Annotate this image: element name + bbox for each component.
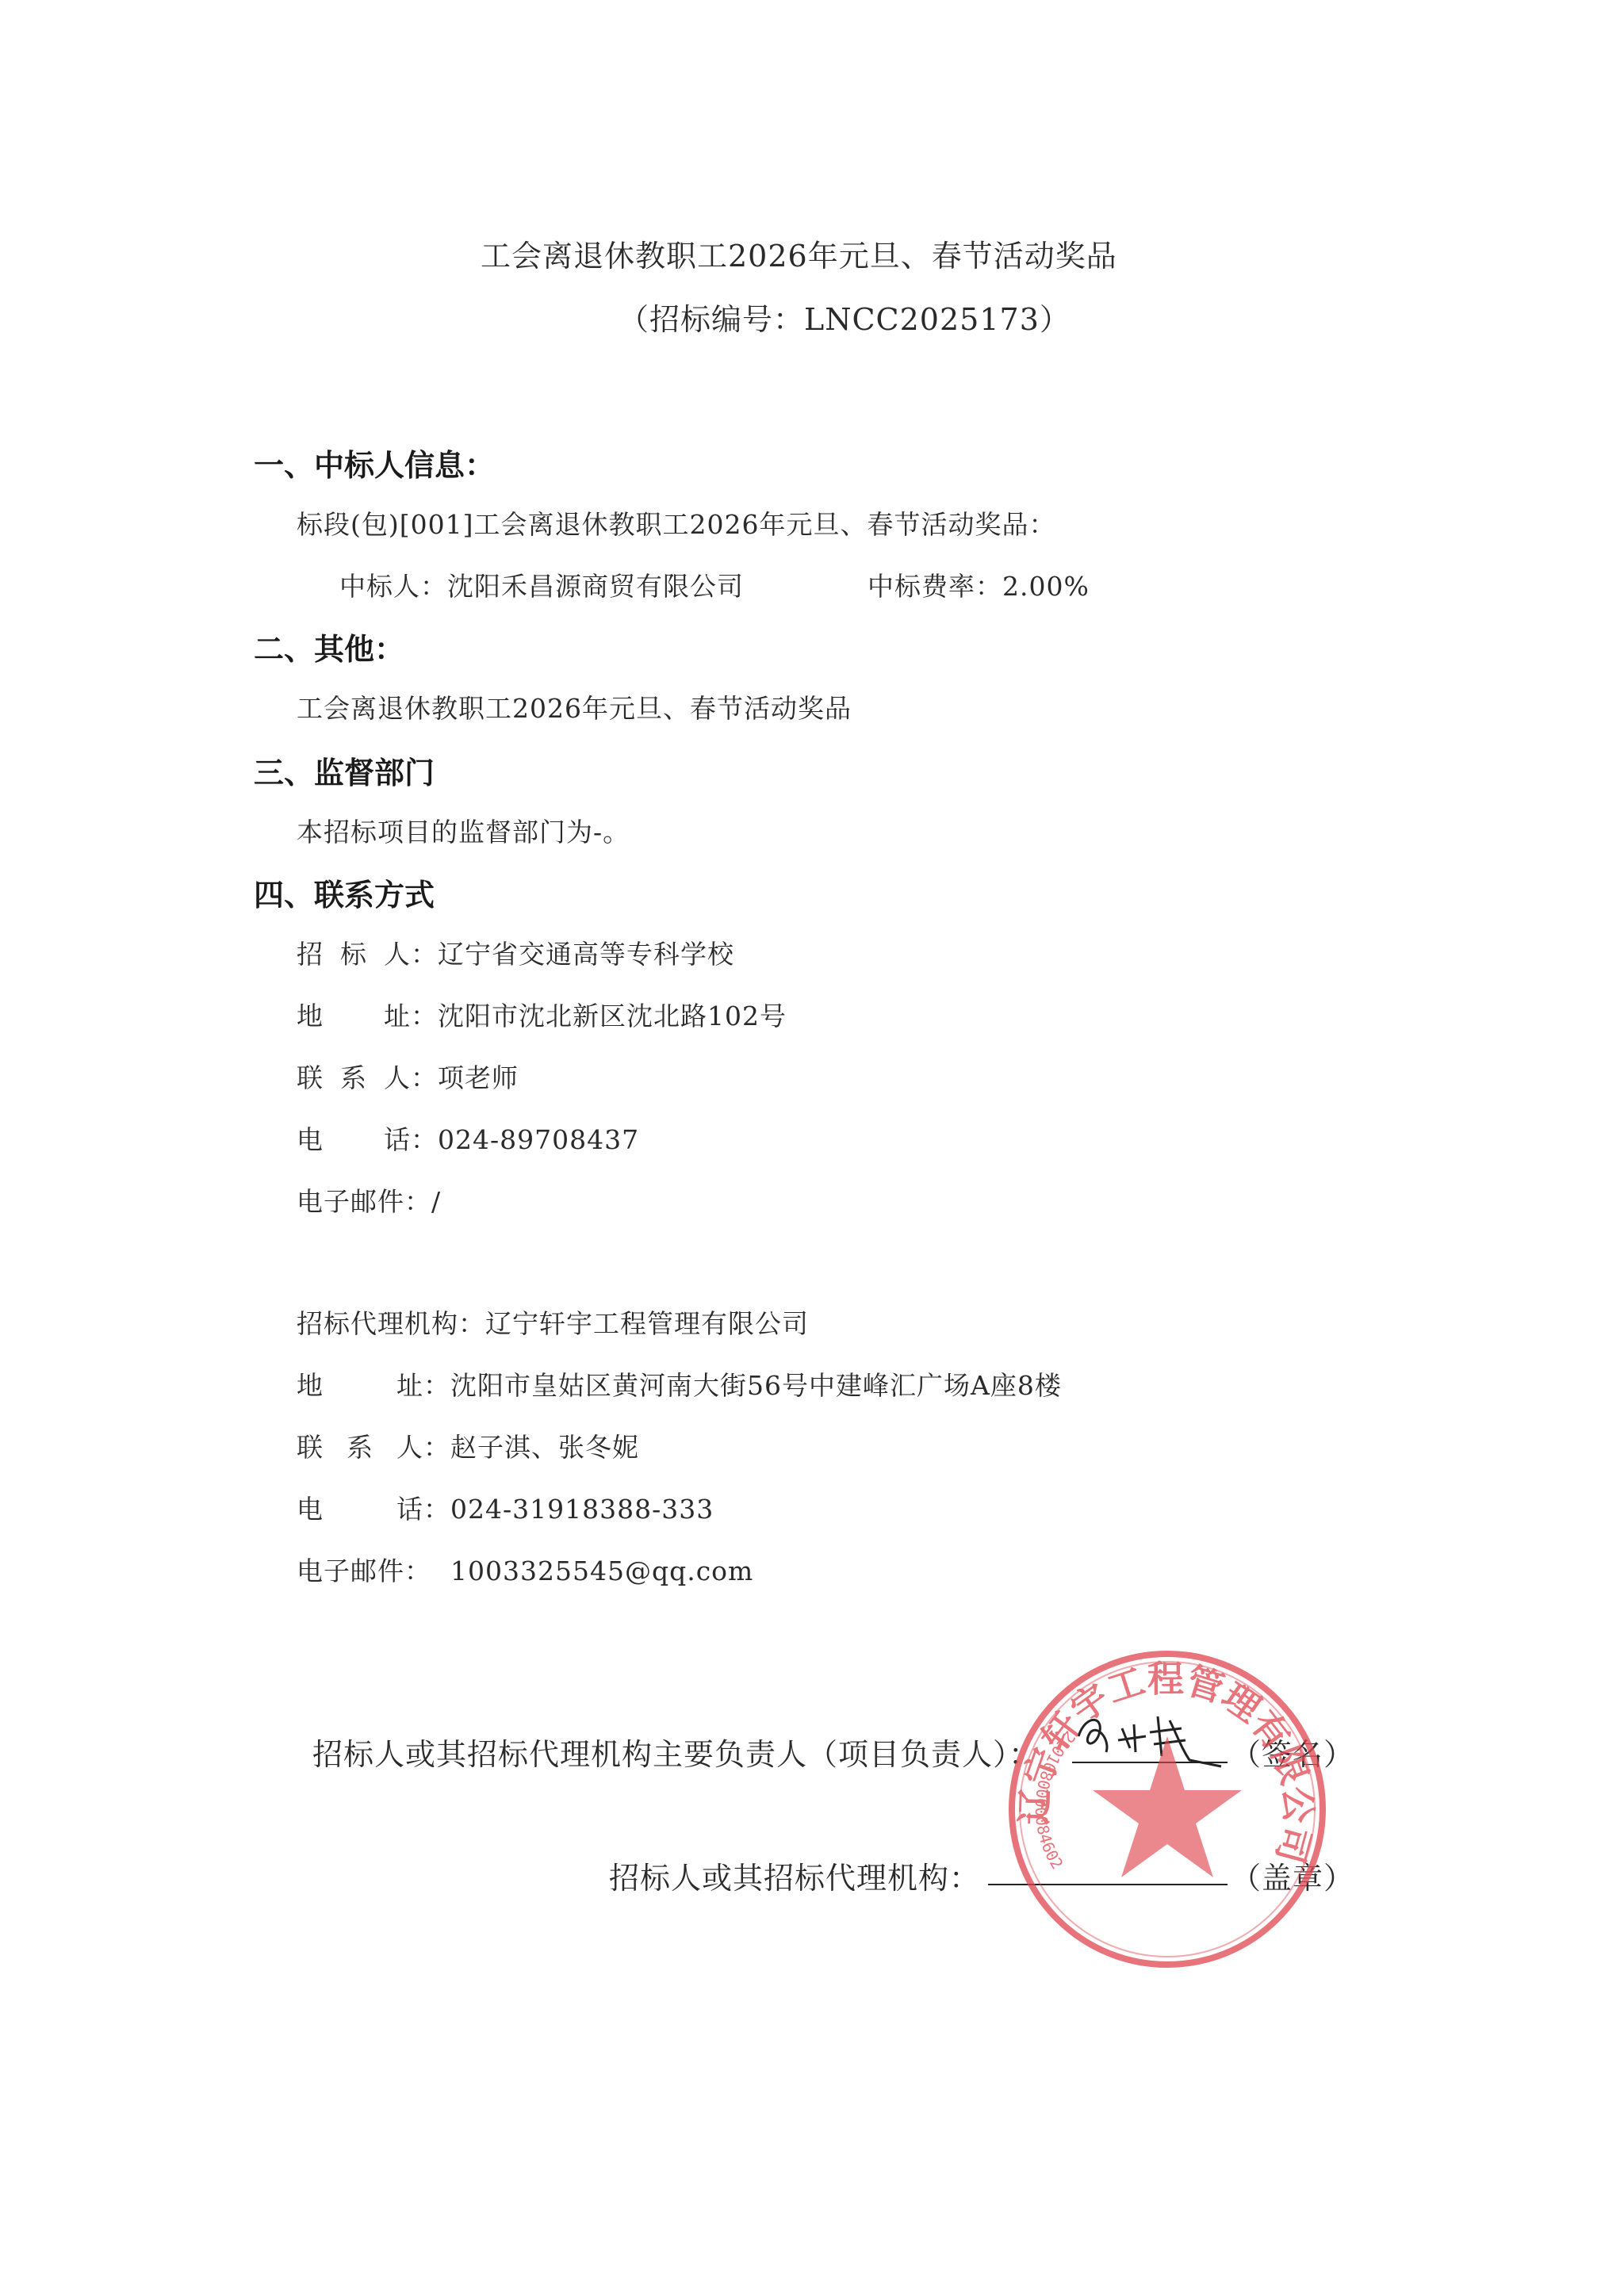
document-title: 工会离退休教职工2026年元旦、春节活动奖品 xyxy=(481,232,1117,275)
seal-org-label: 招标人或其招标代理机构： xyxy=(609,1854,980,1897)
winning-rate: 中标费率：2.00% xyxy=(868,566,1090,603)
agency-address: 沈阳市皇姑区黄河南大街56号中建峰汇广场A座8楼 xyxy=(450,1370,1062,1401)
rate-value: 2.00% xyxy=(1002,571,1090,602)
signature-person-label: 招标人或其招标代理机构主要负责人（项目负责人）： xyxy=(312,1730,1040,1774)
section-heading-contact: 四、联系方式 xyxy=(254,871,435,914)
section-heading-supervision: 三、监督部门 xyxy=(254,748,435,792)
tenderer-address: 沈阳市沈北新区沈北路102号 xyxy=(438,1001,787,1031)
winner-label: 中标人： xyxy=(339,571,447,602)
agency-address-row: 地址：沈阳市皇姑区黄河南大街56号中建峰汇广场A座8楼 xyxy=(297,1365,1062,1402)
tenderer-phone: 024-89708437 xyxy=(438,1124,639,1155)
agency-phone-row: 电话：024-31918388-333 xyxy=(297,1489,714,1526)
supervision-text: 本招标项目的监督部门为-。 xyxy=(297,812,630,849)
agency-contact: 赵子淇、张冬妮 xyxy=(450,1432,639,1463)
winner-value: 沈阳禾昌源商贸有限公司 xyxy=(447,571,744,602)
agency-name-row: 招标代理机构：辽宁轩宇工程管理有限公司 xyxy=(297,1303,809,1341)
tenderer-phone-row: 电话：024-89708437 xyxy=(297,1119,639,1157)
agency-email[interactable]: 1003325545@qq.com xyxy=(450,1556,753,1586)
agency-name: 辽宁轩宇工程管理有限公司 xyxy=(485,1308,809,1339)
agency-email-row: 电子邮件：1003325545@qq.com xyxy=(297,1551,753,1588)
tenderer-contact-row: 联系人：项老师 xyxy=(297,1058,519,1095)
rate-label: 中标费率： xyxy=(868,571,1002,602)
lot-description: 标段(包)[001]工会离退休教职工2026年元旦、春节活动奖品： xyxy=(297,504,1055,541)
tenderer-address-row: 地址：沈阳市沈北新区沈北路102号 xyxy=(297,996,787,1033)
tenderer-name: 辽宁省交通高等专科学校 xyxy=(438,939,734,970)
other-text: 工会离退休教职工2026年元旦、春节活动奖品 xyxy=(297,688,852,725)
section-heading-winner: 一、中标人信息： xyxy=(254,441,495,484)
agency-phone: 024-31918388-333 xyxy=(450,1494,714,1525)
tenderer-email[interactable]: / xyxy=(431,1186,441,1217)
tenderer-email-row: 电子邮件：/ xyxy=(297,1181,441,1219)
tenderer-name-row: 招标人：辽宁省交通高等专科学校 xyxy=(297,934,734,971)
tenderer-contact: 项老师 xyxy=(438,1062,519,1093)
company-seal-icon: 辽宁轩宇工程管理有限公司 2101080000084602 xyxy=(1001,1643,1334,1976)
bid-number: （招标编号：LNCC2025173） xyxy=(619,295,1071,339)
winner-info: 中标人：沈阳禾昌源商贸有限公司 xyxy=(339,566,744,603)
section-heading-other: 二、其他： xyxy=(254,625,404,668)
agency-contact-row: 联系人：赵子淇、张冬妮 xyxy=(297,1427,639,1464)
